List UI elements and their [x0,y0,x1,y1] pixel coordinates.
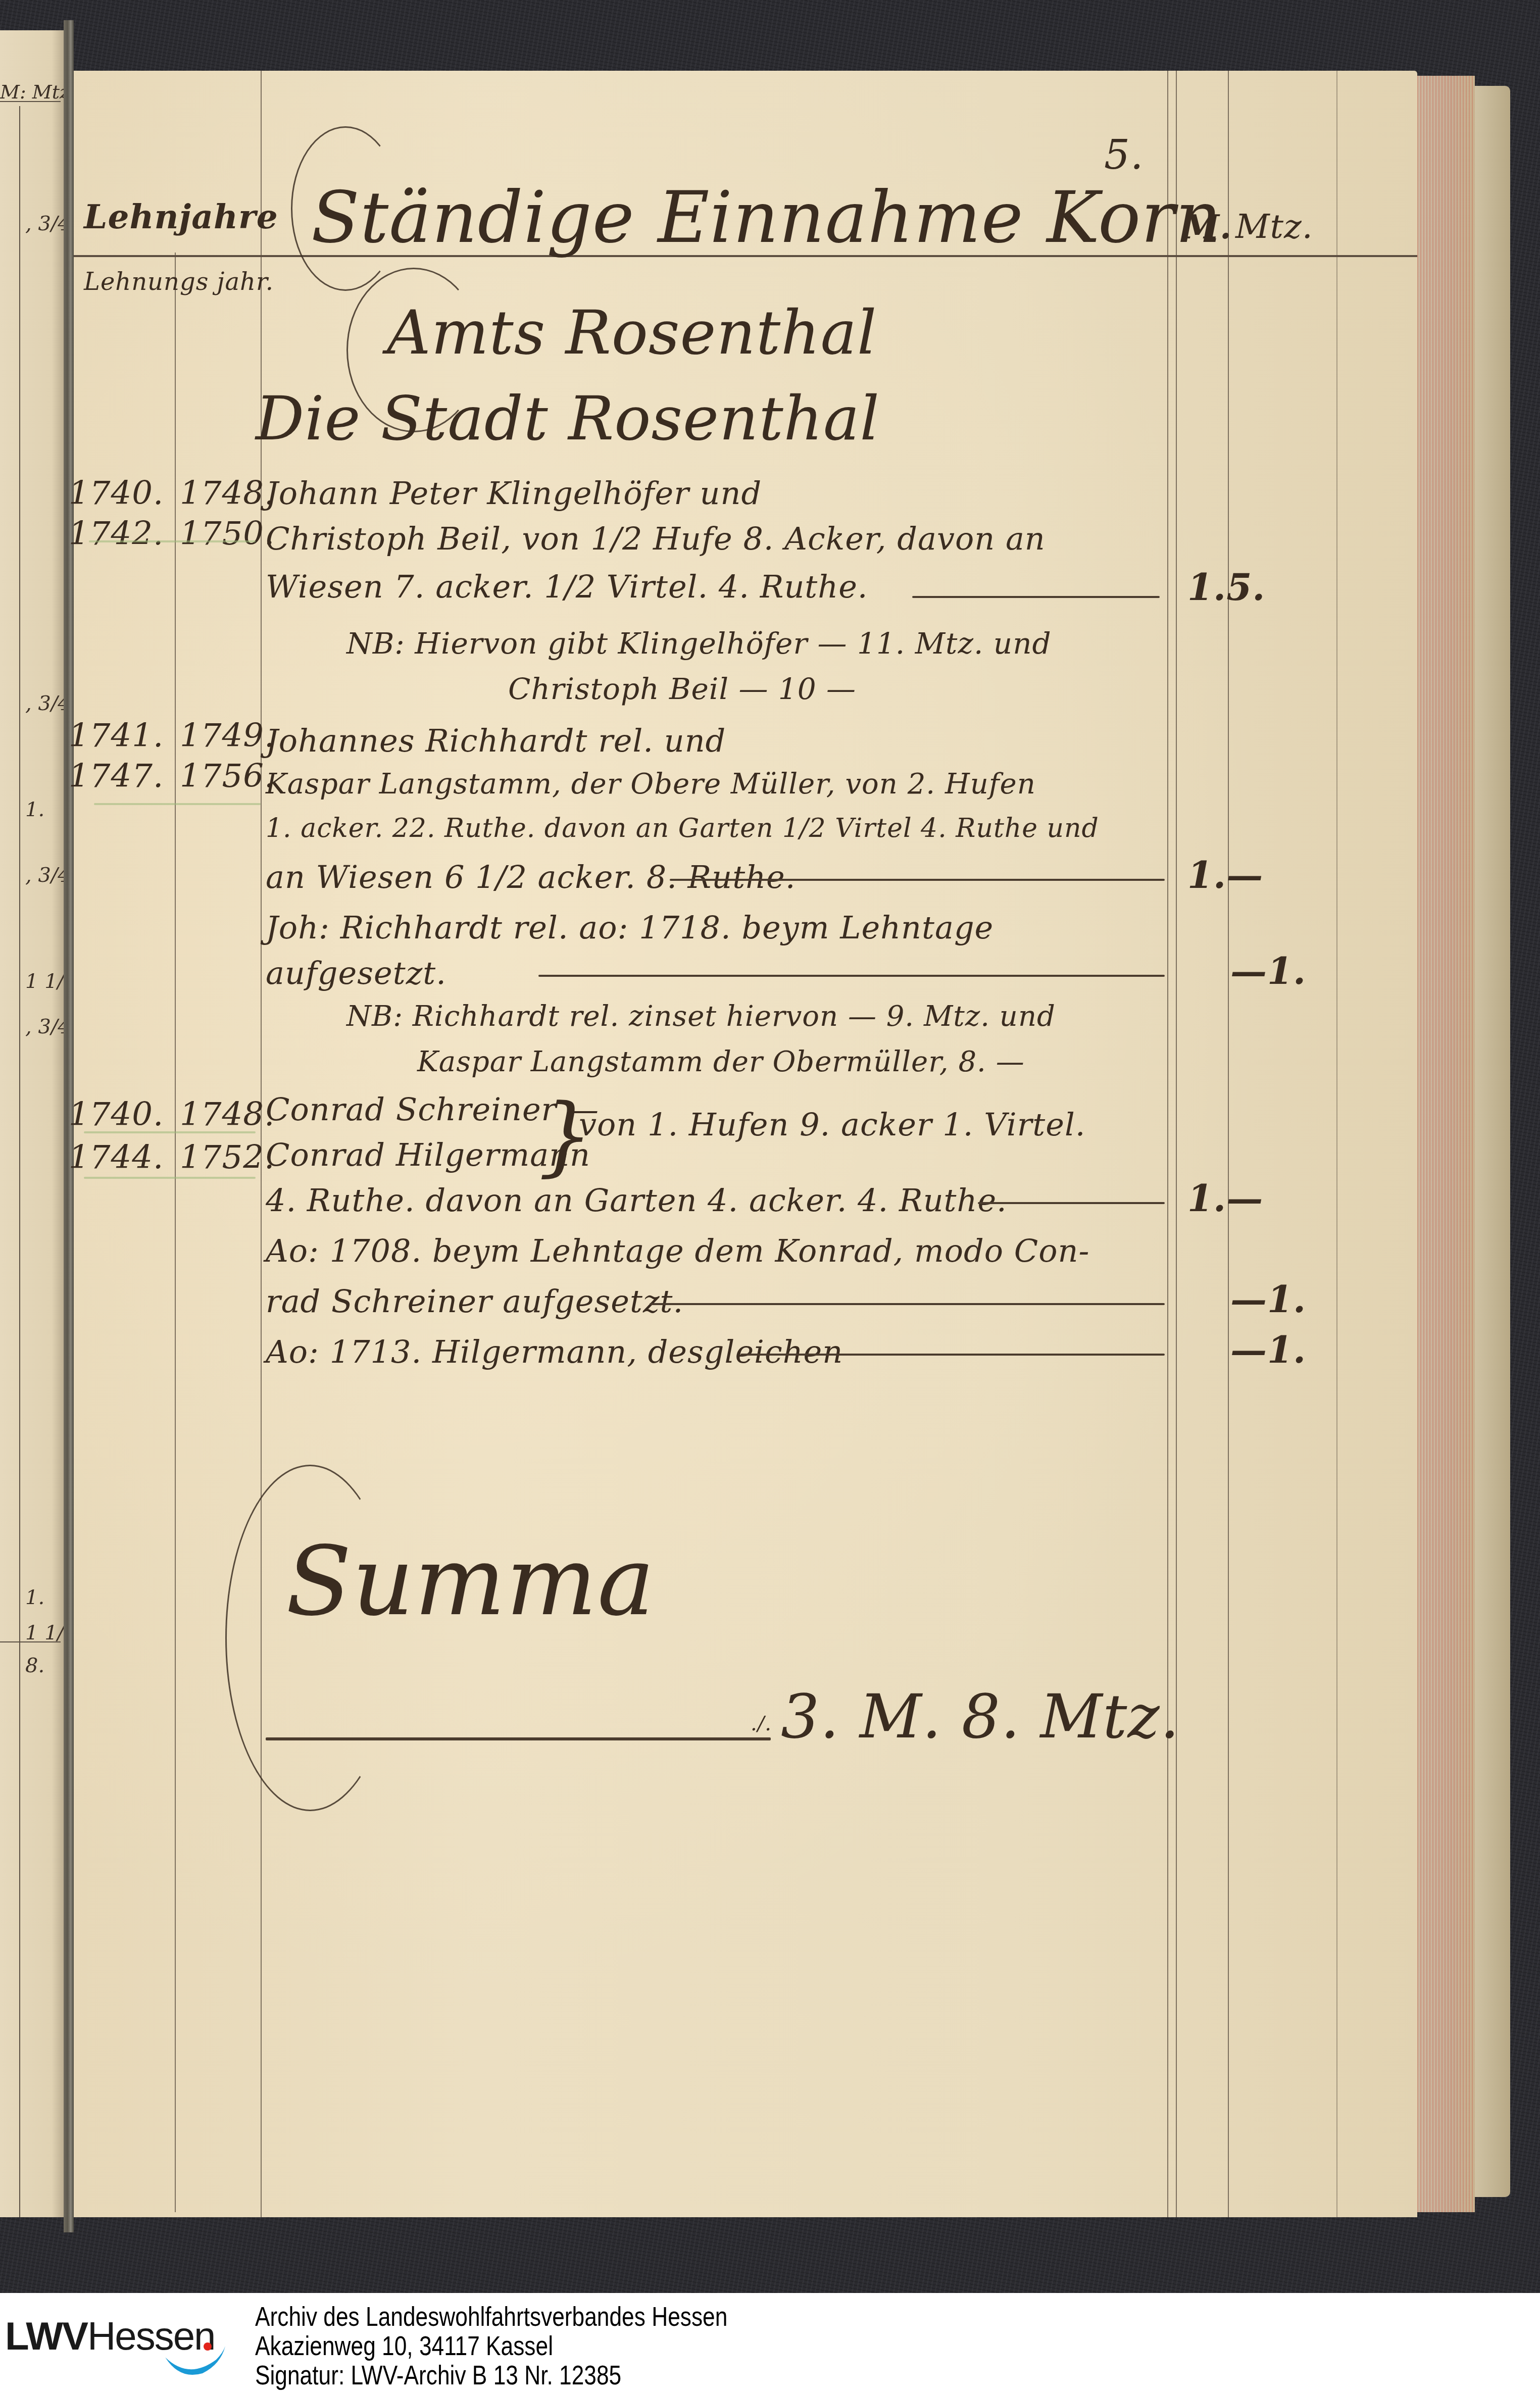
entry-2-year-a1: 1741. [69,717,164,755]
header-col-years: Lehnjahre [84,197,278,236]
entry-1-line: Johann Peter Klingelhöfer und [266,475,762,512]
lwv-hessen-logo: LWVHessen [5,2307,222,2383]
left-margin-mark: 1. [25,1586,44,1609]
entry-3-line: Ao: 1713. Hilgermann, desgleichen [266,1333,843,1370]
entry-3-leader-line-3 [740,1354,1165,1356]
entry-3-line: rad Schreiner aufgesetzt. [266,1283,683,1320]
column-rule-text-amount-2 [1176,71,1177,2217]
column-rule-outer [1336,71,1337,2217]
entry-2-year-a2: 1749. [180,717,275,755]
entry-2-amount-2: —1. [1230,950,1306,992]
summa-flourish-loop [225,1465,395,1811]
entry-2-nb-line: NB: Richhardt rel. zinset hiervon — 9. M… [346,1000,1056,1033]
page-edge-outer [1475,86,1510,2197]
entry-3-leader-line [978,1202,1165,1204]
header-col-malter: M. [1182,207,1232,246]
entry-3-amount-1: 1.— [1187,1177,1263,1220]
header-col-metzen: Mtz. [1235,207,1313,246]
entry-2-leader-line-2 [538,975,1165,977]
column-rule-malter-metzen [1228,71,1229,2217]
entry-1-year-a2: 1748. [180,475,275,512]
entry-1-line: Wiesen 7. acker. 1/2 Virtel. 4. Ruthe. [266,568,868,605]
entry-3-year-a1: 1740. [69,1096,164,1133]
archive-signature: Signatur: LWV-Archiv B 13 Nr. 12385 [255,2361,727,2390]
green-pencil-mark [89,540,256,542]
entry-2-amount-1: 1.— [1187,854,1263,896]
manuscript-page: Lehnjahre Lehnungs jahr. Ständige Einnah… [74,71,1417,2217]
left-margin-mark: 1. [25,798,44,821]
entry-2-line: Joh: Richhardt rel. ao: 1718. beym Lehnt… [266,909,993,946]
column-rule-years-split [175,253,176,2212]
entry-1-nb-line: Christoph Beil — 10 — [508,672,856,706]
entry-2-line: aufgesetzt. [266,955,446,991]
section-stadt-title: Die Stadt Rosenthal [256,384,880,454]
page-edge-red-stack [1414,76,1475,2212]
entry-2-leader-line [670,879,1165,881]
entry-1-leader-line [912,596,1160,598]
entry-1-nb-line: NB: Hiervon gibt Klingelhöfer — 11. Mtz.… [346,626,1052,661]
left-page-sum-rule [0,1641,61,1642]
archive-address: Akazienweg 10, 34117 Kassel [255,2331,727,2361]
entry-2-year-b2: 1756. [180,758,275,795]
archive-info: Archiv des Landeswohlfahrtsverbandes Hes… [255,2302,727,2390]
entry-3-amount-3: —1. [1230,1328,1306,1371]
summa-tick: ./. [751,1712,772,1735]
entry-2-line: 1. acker. 22. Ruthe. davon an Garten 1/2… [266,813,1099,843]
page-title: Ständige Einnahme Korn [311,177,1221,259]
entry-2-line: Johannes Richhardt rel. und [266,722,726,759]
entry-3-leader-line-2 [650,1303,1165,1305]
entry-3-year-b1: 1744. [69,1139,164,1176]
entry-1-year-b2: 1750. [180,515,275,553]
summa-total: 3. M. 8. Mtz. [781,1682,1180,1752]
archive-footer: LWVHessen Archiv des Landeswohlfahrtsver… [0,2293,1540,2394]
entry-3-line: 4. Ruthe. davon an Garten 4. acker. 4. R… [266,1182,1007,1219]
entry-3-line: von 1. Hufen 9. acker 1. Virtel. [579,1106,1085,1143]
entry-2-nb-line: Kaspar Langstamm der Obermüller, 8. — [417,1045,1025,1078]
entry-3-year-a2: 1748. [180,1096,275,1133]
summa-label: Summa [286,1525,655,1637]
header-col-years-sub: Lehnungs jahr. [84,268,274,296]
entry-3-amount-2: —1. [1230,1278,1306,1321]
left-facing-page: M: Mtz. , 3/4. , 3/4. 1. , 3/4. 1 1/2. ,… [0,30,65,2217]
page-number: 5. [1104,131,1144,178]
archive-name: Archiv des Landeswohlfahrtsverbandes Hes… [255,2302,727,2331]
entry-1-year-a1: 1740. [69,475,164,512]
entry-3-line: Ao: 1708. beym Lehntage dem Konrad, modo… [266,1232,1089,1269]
left-margin-mark: 8. [25,1654,44,1677]
entry-2-line: Kaspar Langstamm, der Obere Müller, von … [266,768,1036,801]
green-pencil-mark [94,803,261,805]
entry-1-year-b1: 1742. [69,515,164,553]
green-pencil-mark [84,1131,256,1133]
green-pencil-mark [84,1177,256,1179]
summa-double-rule [266,1737,771,1740]
section-amt-title: Amts Rosenthal [387,298,877,368]
entry-3-year-b2: 1752. [180,1139,275,1176]
entry-1-amount: 1.5. [1187,566,1265,609]
column-rule-text-amount-1 [1167,71,1168,2217]
entry-2-year-b1: 1747. [69,758,164,795]
left-page-column-rule [19,106,20,2217]
logo-swoosh-icon [45,2337,227,2388]
entry-1-line: Christoph Beil, von 1/2 Hufe 8. Acker, d… [266,520,1046,557]
entry-2-line: an Wiesen 6 1/2 acker. 8. Ruthe. [266,859,796,895]
